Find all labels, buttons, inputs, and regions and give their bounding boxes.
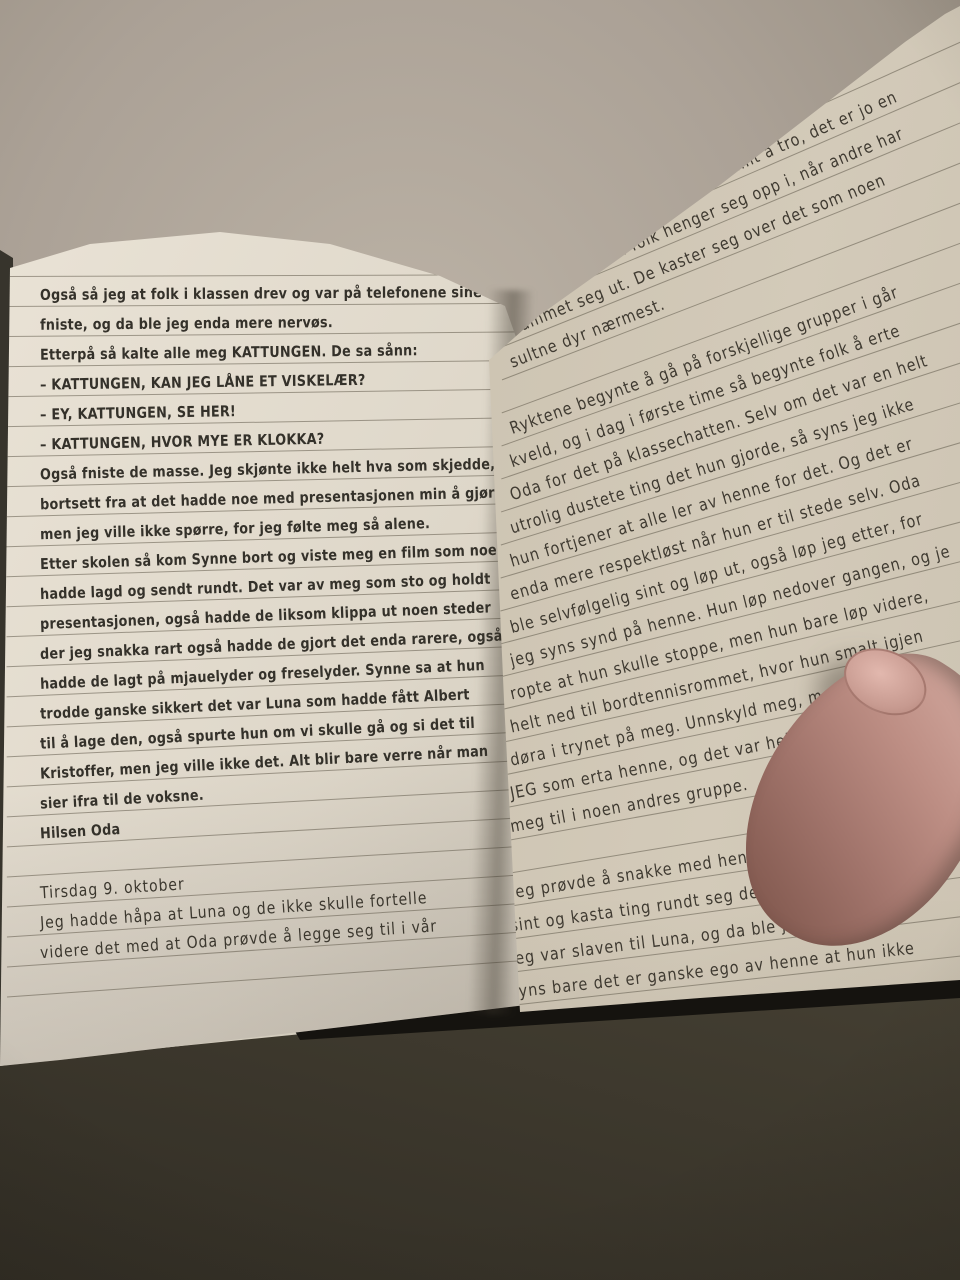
ruled-line-with-text: hadde de lagt på mjauelyder og freselyde…: [5, 646, 518, 698]
handwritten-line: men jeg ville ikke spørre, for jeg følte…: [40, 514, 431, 545]
ruled-line-with-text: Etter skolen så kom Synne bort og viste …: [6, 531, 519, 577]
ruled-line-with-text: fniste, og da ble jeg enda mere nervøs.: [6, 302, 518, 337]
ruled-line-with-text: bortsett fra at det hadde noe med presen…: [6, 474, 519, 517]
photo-open-diary-book: Også så jeg at folk i klassen drev og va…: [0, 0, 960, 1280]
ruled-line-with-text: til å lage den, også spurte hun om vi sk…: [5, 703, 518, 758]
ruled-line-with-text: trodde ganske sikkert det var Luna som h…: [5, 674, 518, 727]
handwritten-line: bortsett fra at det hadde noe med presen…: [40, 483, 509, 515]
handwritten-line: fniste, og da ble jeg enda mere nervøs.: [40, 313, 333, 336]
ruled-line-with-text: – KATTUNGEN, HVOR MYE ER KLOKKA?: [6, 417, 519, 457]
ruled-line-with-text: Kristoffer, men jeg ville ikke det. Alt …: [5, 731, 518, 787]
handwritten-line: Kristoffer, men jeg ville ikke det. Alt …: [40, 742, 489, 785]
handwritten-line: Tirsdag 9. oktober: [40, 874, 186, 904]
ruled-line-with-text: presentasjonen, også hadde de liksom kli…: [5, 588, 518, 637]
right-page-lines: gruppe. Det var kanskje litt dumt å tro,…: [496, 215, 960, 1073]
handwritten-line: – KATTUNGEN, HVOR MYE ER KLOKKA?: [40, 430, 325, 456]
handwritten-line: Etter skolen så kom Synne bort og viste …: [40, 541, 507, 576]
ruled-line-with-text: hadde lagd og sendt rundt. Det var av me…: [5, 560, 518, 607]
handwritten-line: Hilsen Oda: [40, 820, 121, 845]
handwritten-line: hadde de lagt på mjauelyder og freselyde…: [40, 656, 485, 695]
ruled-line: [5, 932, 518, 998]
ruled-line-with-text: Også fniste de masse. Jeg skjønte ikke h…: [6, 445, 519, 487]
handwritten-line: hadde lagd og sendt rundt. Det var av me…: [40, 570, 491, 605]
handwritten-line: Jeg hadde håpa at Luna og de ikke skulle…: [39, 888, 428, 934]
ruled-line-with-text: Også så jeg at folk i klassen drev og va…: [6, 274, 518, 307]
ruled-line-with-text: videre det med at Oda prøvde å legge seg…: [5, 903, 518, 968]
ruled-line-with-text: Etterpå så kalte alle meg KATTUNGEN. De …: [6, 331, 518, 367]
ruled-line-with-text: Tirsdag 9. oktober: [5, 846, 518, 908]
ruled-line-with-text: Hilsen Oda: [5, 789, 518, 848]
handwritten-line: der jeg snakka rart også hadde de gjort …: [40, 627, 503, 665]
handwritten-line: Også så jeg at folk i klassen drev og va…: [40, 283, 505, 306]
handwritten-line: trodde ganske sikkert det var Luna som h…: [40, 685, 470, 724]
ruled-line-with-text: sier ifra til de voksne.: [5, 760, 518, 817]
left-page-lines: Også så jeg at folk i klassen drev og va…: [6, 247, 518, 997]
ruled-line-with-text: – KATTUNGEN, KAN JEG LÅNE ET VISKELÆR?: [6, 360, 518, 398]
ruled-line-with-text: der jeg snakka rart også hadde de gjort …: [5, 617, 518, 667]
ruled-line-with-text: men jeg ville ikke spørre, for jeg følte…: [6, 503, 519, 548]
handwritten-line: Også fniste de masse. Jeg skjønte ikke h…: [40, 455, 496, 485]
ruled-line-with-text: Jeg hadde håpa at Luna og de ikke skulle…: [5, 874, 518, 937]
handwritten-line: presentasjonen, også hadde de liksom kli…: [40, 598, 492, 635]
handwritten-line: videre det med at Oda prøvde å legge seg…: [39, 916, 437, 964]
handwritten-line: sier ifra til de voksne.: [40, 786, 205, 815]
handwritten-line: til å lage den, også spurte hun om vi sk…: [40, 714, 476, 755]
handwritten-line: – KATTUNGEN, KAN JEG LÅNE ET VISKELÆR?: [40, 371, 366, 396]
ruled-line-with-text: – EY, KATTUNGEN, SE HER!: [6, 388, 518, 427]
handwritten-line: Etterpå så kalte alle meg KATTUNGEN. De …: [40, 341, 418, 365]
ruled-line: [5, 817, 518, 877]
handwritten-line: – EY, KATTUNGEN, SE HER!: [40, 402, 236, 425]
